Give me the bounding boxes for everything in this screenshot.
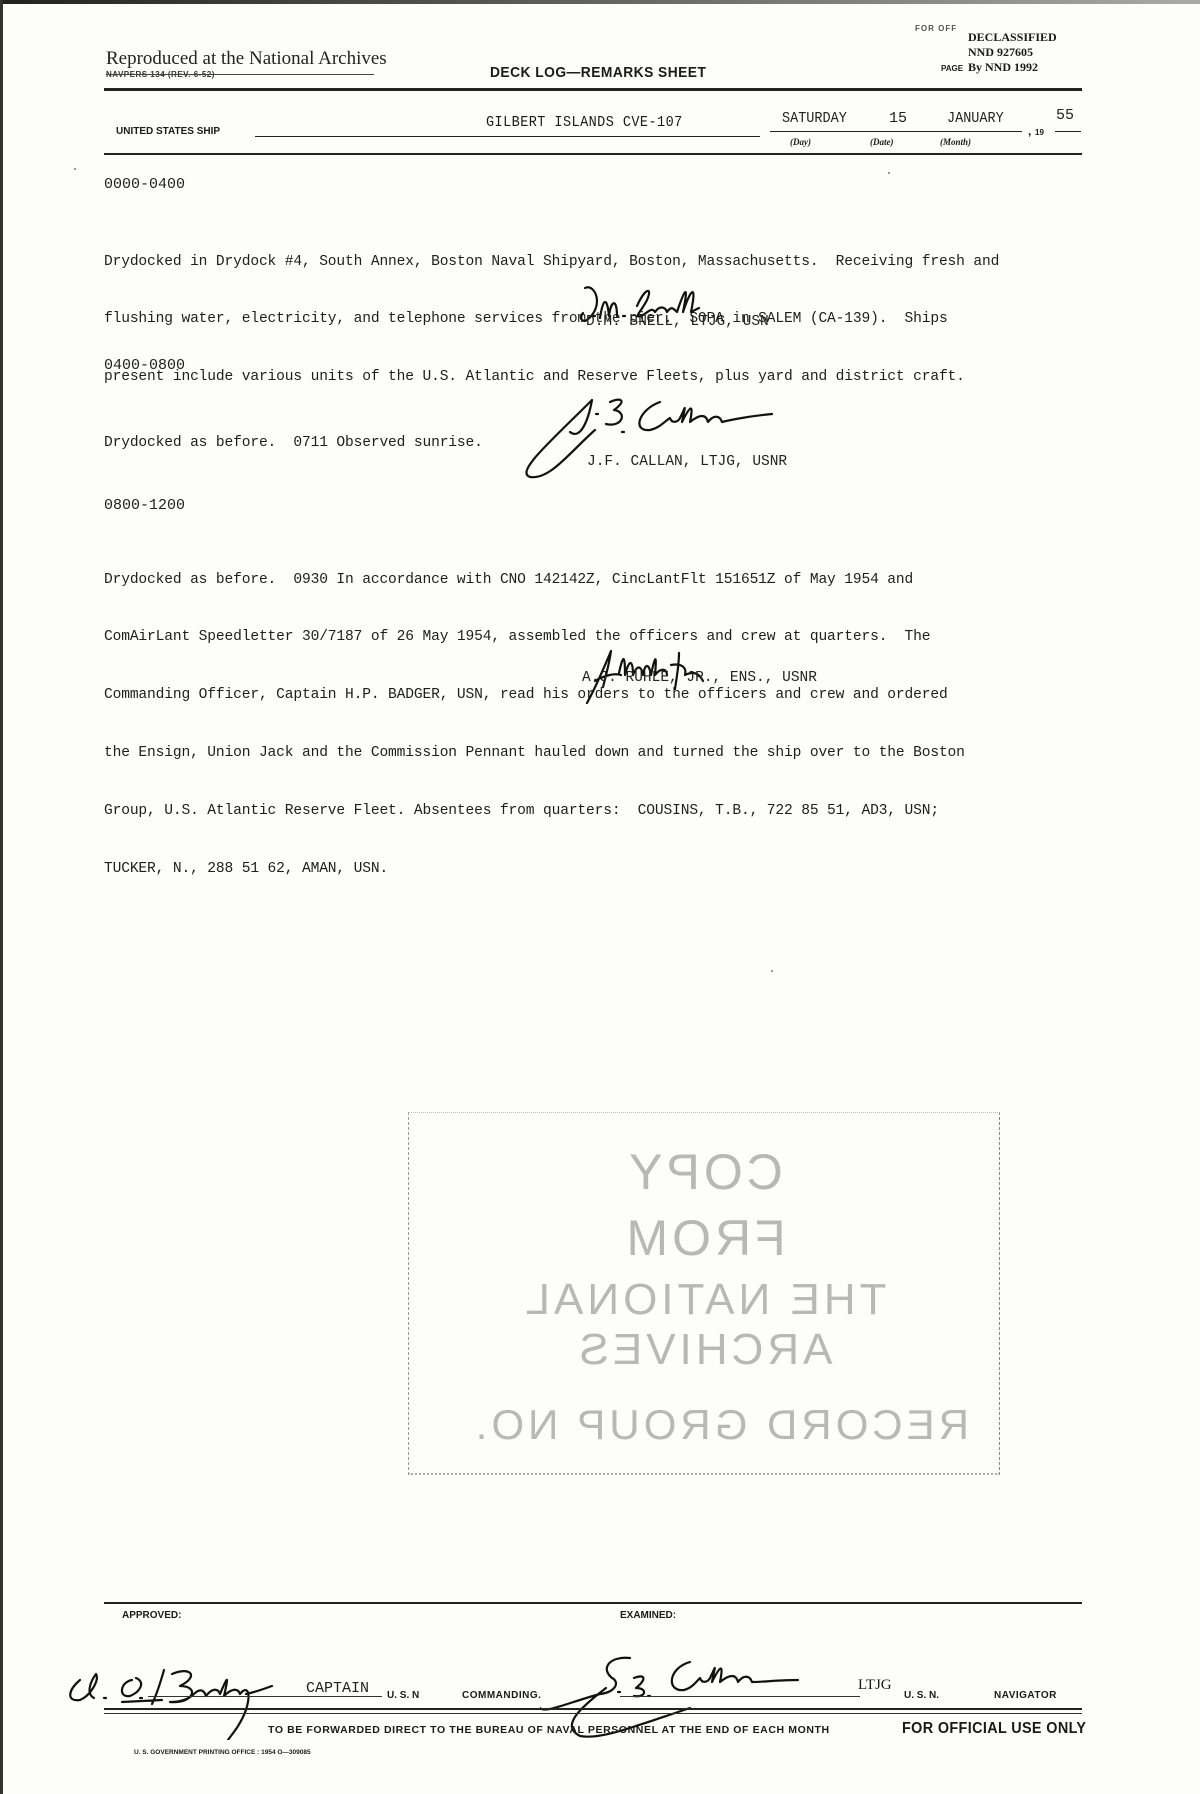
signature-callan (510, 392, 830, 492)
form-number-underline (106, 74, 374, 75)
declass-by: By NND 1992 (968, 60, 1057, 75)
ship-info-rule (104, 153, 1082, 155)
printing-office-note: U. S. GOVERNMENT PRINTING OFFICE : 1954 … (134, 1749, 311, 1756)
stamp-line-record-group: RECORD GROUP NO. (409, 1401, 999, 1449)
day-caption: (Day) (790, 137, 811, 147)
typed-signature-callan: J.F. CALLAN, LTJG, USNR (587, 454, 787, 470)
date-value: 15 (889, 110, 907, 127)
captain-rank: CAPTAIN (306, 1680, 369, 1697)
archive-copy-stamp: COPY FROM THE NATIONAL ARCHIVES RECORD G… (408, 1112, 1000, 1475)
navigator-signature-line (620, 1696, 860, 1697)
stamp-line-archives: THE NATIONAL ARCHIVES (409, 1275, 999, 1375)
log-entry-0800-1200: Drydocked as before. 0930 In accordance … (104, 532, 965, 899)
log-line: the Ensign, Union Jack and the Commissio… (104, 744, 965, 763)
log-line: Drydocked as before. 0930 In accordance … (104, 571, 965, 590)
log-line: Drydocked in Drydock #4, South Annex, Bo… (104, 253, 999, 272)
year-line (1055, 131, 1081, 132)
log-entry-0400-0800: Drydocked as before. 0711 Observed sunri… (104, 395, 483, 472)
declass-authority: NND 927605 (968, 45, 1033, 59)
typed-signature-snell: D.M. SNELL, LTJG, USN (586, 314, 769, 330)
log-line: present include various units of the U.S… (104, 368, 999, 387)
footer-double-rule-top (104, 1708, 1082, 1710)
captain-signature-line (148, 1696, 382, 1697)
date-line (770, 131, 1022, 132)
year-value: 55 (1056, 107, 1074, 124)
declassification-stamp: DECLASSIFIED PAGE NND 927605 By NND 1992 (968, 30, 1057, 75)
watch-heading-0800-1200: 0800-1200 (104, 497, 185, 514)
ship-name: GILBERT ISLANDS CVE-107 (486, 114, 683, 131)
comma: , (1028, 124, 1031, 138)
year-prefix: 19 (1035, 128, 1044, 137)
page-title: DECK LOG—REMARKS SHEET (490, 64, 706, 81)
ship-name-line (255, 136, 760, 137)
log-line: flushing water, electricity, and telepho… (104, 310, 999, 329)
month-caption: (Month) (940, 137, 971, 147)
scan-artifact (74, 168, 76, 170)
declass-page-label: PAGE (941, 61, 963, 76)
examined-label: EXAMINED: (620, 1610, 676, 1621)
scan-top-edge (0, 0, 1200, 4)
navigator-rank: LTJG (858, 1677, 892, 1694)
forwarding-instruction: TO BE FORWARDED DIRECT TO THE BUREAU OF … (268, 1724, 830, 1736)
footer-double-rule-bottom (104, 1713, 1082, 1714)
ship-label: UNITED STATES SHIP (116, 126, 220, 137)
month-value: JANUARY (947, 110, 1004, 127)
typed-signature-ruhle: A.J. RUHLE, JR., ENS., USNR (582, 670, 817, 686)
navigator-label: NAVIGATOR (994, 1690, 1057, 1701)
watch-heading-0400-0800: 0400-0800 (104, 357, 185, 374)
approved-label: APPROVED: (122, 1610, 181, 1621)
log-line: TUCKER, N., 288 51 62, AMAN, USN. (104, 860, 965, 879)
log-line: ComAirLant Speedletter 30/7187 of 26 May… (104, 628, 965, 647)
date-caption: (Date) (870, 137, 894, 147)
footer-rule (104, 1602, 1082, 1604)
classification-label: FOR OFFICIAL USE ONLY (902, 1720, 1086, 1738)
declass-status: DECLASSIFIED (968, 30, 1057, 45)
watch-heading-0000-0400: 0000-0400 (104, 176, 185, 193)
stamp-line-from: FROM (409, 1209, 999, 1267)
scan-artifact (771, 970, 773, 972)
day-value: SATURDAY (782, 110, 847, 127)
usn-label-captain: U. S. N (387, 1690, 419, 1701)
stamp-line-copy: COPY (409, 1143, 999, 1201)
header-rule (104, 88, 1082, 91)
scan-artifact (888, 172, 890, 174)
commanding-label: COMMANDING. (462, 1690, 541, 1701)
log-line: Group, U.S. Atlantic Reserve Fleet. Abse… (104, 802, 965, 821)
declass-fragment: FOR OFF (915, 24, 957, 33)
log-line: Drydocked as before. 0711 Observed sunri… (104, 434, 483, 453)
scan-left-edge (0, 0, 3, 1794)
usn-label-navigator: U. S. N. (904, 1690, 939, 1701)
log-line: Commanding Officer, Captain H.P. BADGER,… (104, 686, 965, 705)
log-entry-0000-0400: Drydocked in Drydock #4, South Annex, Bo… (104, 214, 999, 407)
archive-note: Reproduced at the National Archives (106, 48, 387, 70)
